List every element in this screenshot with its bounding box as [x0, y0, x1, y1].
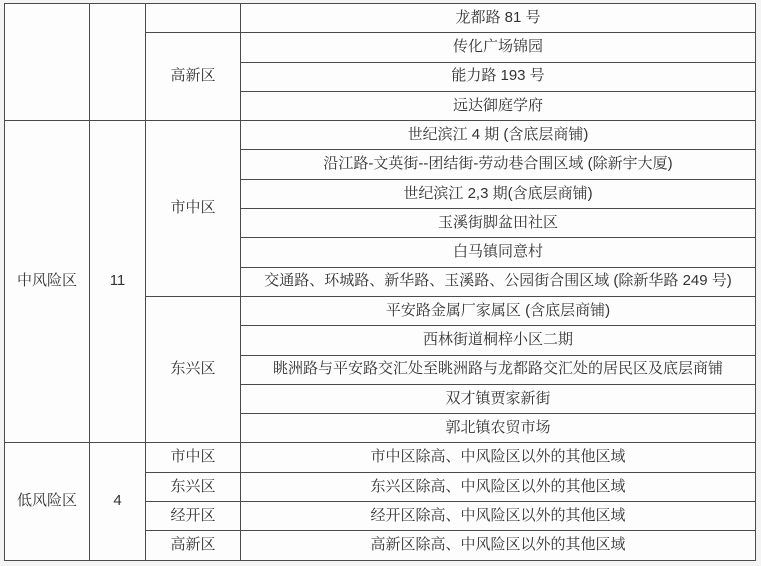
area-cell: 平安路金属厂家属区 (含底层商铺) [241, 296, 756, 325]
district-cell: 市中区 [146, 443, 241, 472]
area-cell: 东兴区除高、中风险区以外的其他区域 [241, 472, 756, 501]
area-cell: 世纪滨江 2,3 期(含底层商铺) [241, 179, 756, 208]
district-cell: 经开区 [146, 502, 241, 531]
district-cell: 东兴区 [146, 472, 241, 501]
risk-level-cell: 中风险区 [5, 121, 90, 443]
area-cell: 世纪滨江 4 期 (含底层商铺) [241, 121, 756, 150]
risk-area-table: 龙都路 81 号 高新区 传化广场锦园 能力路 193 号 远达御庭学府 中风险… [4, 3, 756, 561]
area-cell: 眺洲路与平安路交汇处至眺洲路与龙都路交汇处的居民区及底层商铺 [241, 355, 756, 384]
table-row: 中风险区 11 市中区 世纪滨江 4 期 (含底层商铺) [5, 121, 756, 150]
area-cell: 玉溪街脚盆田社区 [241, 209, 756, 238]
count-cell [90, 4, 146, 121]
risk-level-cell: 低风险区 [5, 443, 90, 560]
table-row: 龙都路 81 号 [5, 4, 756, 33]
district-cell: 高新区 [146, 33, 241, 121]
risk-level-cell [5, 4, 90, 121]
table-row: 低风险区 4 市中区 市中区除高、中风险区以外的其他区域 [5, 443, 756, 472]
district-cell: 高新区 [146, 531, 241, 560]
district-cell: 市中区 [146, 121, 241, 297]
area-cell: 传化广场锦园 [241, 33, 756, 62]
area-cell: 高新区除高、中风险区以外的其他区域 [241, 531, 756, 560]
area-cell: 白马镇同意村 [241, 238, 756, 267]
district-cell [146, 4, 241, 33]
district-cell: 东兴区 [146, 296, 241, 442]
area-cell: 经开区除高、中风险区以外的其他区域 [241, 502, 756, 531]
count-cell: 11 [90, 121, 146, 443]
area-cell: 双才镇贾家新街 [241, 384, 756, 413]
area-cell: 西林街道桐梓小区二期 [241, 326, 756, 355]
area-cell: 郭北镇农贸市场 [241, 414, 756, 443]
area-cell: 能力路 193 号 [241, 62, 756, 91]
count-cell: 4 [90, 443, 146, 560]
area-cell: 远达御庭学府 [241, 91, 756, 120]
area-cell: 交通路、环城路、新华路、玉溪路、公园街合围区域 (除新华路 249 号) [241, 267, 756, 296]
area-cell: 市中区除高、中风险区以外的其他区域 [241, 443, 756, 472]
area-cell: 沿江路-文英街--团结街-劳动巷合围区域 (除新宇大厦) [241, 150, 756, 179]
area-cell: 龙都路 81 号 [241, 4, 756, 33]
